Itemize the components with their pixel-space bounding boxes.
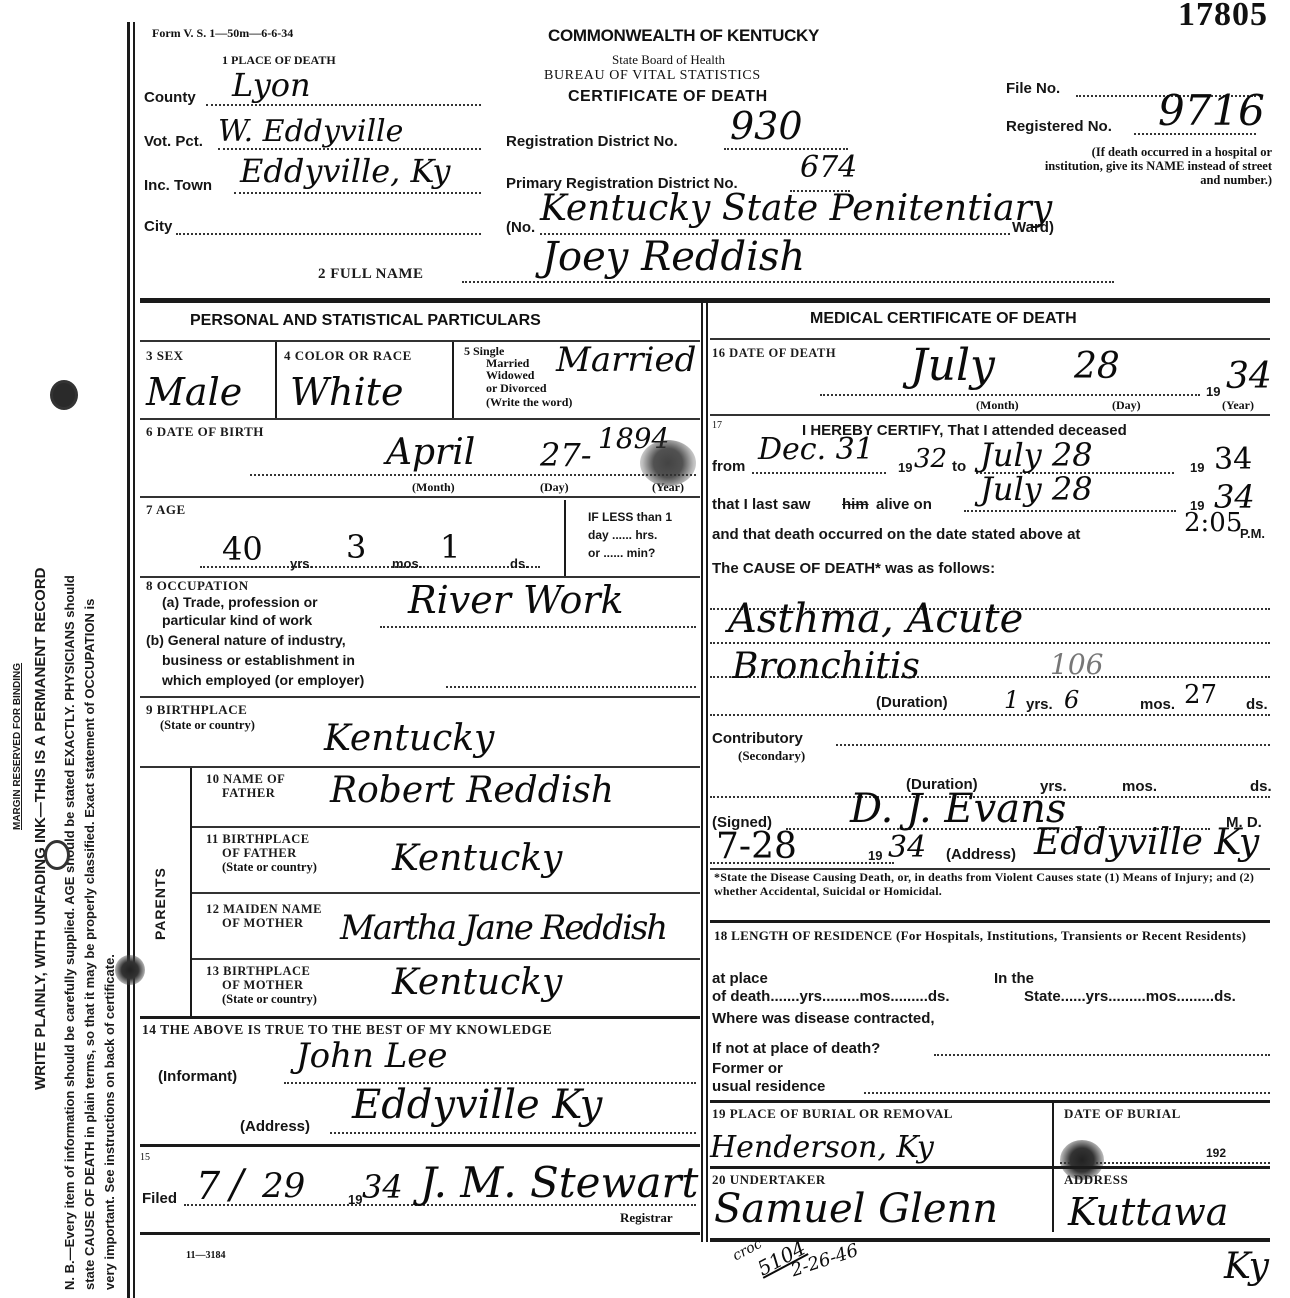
burial-date-label: DATE OF BURIAL	[1064, 1106, 1181, 1122]
mother-bp-bottom-rule	[140, 1016, 700, 1019]
institution-value[interactable]: Kentucky State Penitentiary	[540, 188, 1052, 229]
header-board: State Board of Health	[612, 52, 725, 68]
signed-year-prefix: 19	[868, 848, 882, 863]
race-value[interactable]: White	[290, 370, 403, 414]
of-death-label: of death.......yrs.........mos.........d…	[712, 988, 950, 1005]
father-bp-label-3: (State or country)	[222, 860, 317, 875]
duration2-months-unit: mos.	[1122, 778, 1157, 795]
alive-on-value[interactable]: July 28	[980, 470, 1093, 508]
stamp-number: 17805	[1178, 0, 1268, 34]
father-bp-value[interactable]: Kentucky	[392, 838, 562, 879]
birthplace-bottom-rule	[140, 766, 700, 768]
mother-label-2: OF MOTHER	[222, 916, 303, 931]
dod-month-caption: (Month)	[976, 398, 1019, 413]
file-no-label: File No.	[1006, 80, 1060, 97]
filed-year-prefix: 19	[348, 1192, 362, 1207]
reg-district-label: Registration District No.	[506, 133, 678, 150]
occurred-time[interactable]: 2:05	[1184, 508, 1242, 538]
contributory-line	[836, 744, 1270, 746]
residence-bottom-rule	[710, 1100, 1270, 1103]
cause-line1-value[interactable]: Asthma, Acute	[728, 596, 1023, 642]
age-months[interactable]: 3	[346, 528, 366, 566]
burial-place-value[interactable]: Henderson, Ky	[710, 1130, 934, 1165]
medical-section-title: MEDICAL CERTIFICATE OF DEATH	[810, 310, 1077, 328]
margin-reserved-note: MARGIN RESERVED FOR BINDING	[12, 663, 23, 830]
duration-label: (Duration)	[874, 694, 950, 711]
occupation-a-line	[380, 626, 696, 628]
residence-label: 18 LENGTH OF RESIDENCE (For Hospitals, I…	[714, 926, 1270, 946]
age-label: 7 AGE	[146, 502, 186, 518]
not-at-place-line	[934, 1054, 1270, 1056]
contracted-label: Where was disease contracted,	[712, 1010, 935, 1027]
to-label: to	[952, 458, 966, 475]
burial-date-year: 192	[1206, 1146, 1226, 1160]
father-label-2: FATHER	[222, 786, 275, 801]
parents-label: PARENTS	[152, 867, 168, 940]
father-bp-bottom-rule	[192, 892, 700, 894]
binding-hole-top	[50, 380, 78, 410]
registered-no-label: Registered No.	[1006, 118, 1112, 135]
to-year-prefix: 19	[1190, 460, 1204, 475]
age-years-unit: yrs.	[290, 556, 313, 571]
dob-line	[250, 474, 696, 476]
margin-note-line2: N. B.—Every item of information should b…	[62, 575, 77, 1290]
primary-reg-value[interactable]: 674	[800, 150, 857, 185]
reg-district-value[interactable]: 930	[730, 104, 803, 148]
age-days[interactable]: 1	[440, 528, 460, 566]
mother-bp-label-1: 13 BIRTHPLACE	[206, 964, 310, 979]
occupation-a-1: (a) Trade, profession or	[162, 594, 318, 610]
in-the-label: In the	[994, 970, 1034, 987]
dob-day[interactable]: 27-	[540, 436, 592, 474]
race-marital-divider	[452, 342, 454, 418]
alive-on-line	[964, 510, 1176, 512]
header-bureau: BUREAU OF VITAL STATISTICS	[544, 68, 761, 84]
father-value[interactable]: Robert Reddish	[330, 770, 614, 811]
institution-no-label: (No.	[506, 219, 535, 236]
margin-note-line1: WRITE PLAINLY, WITH UNFADING INK—THIS IS…	[32, 567, 49, 1090]
county-label: County	[144, 89, 196, 106]
race-label: 4 COLOR OR RACE	[284, 348, 412, 364]
mother-label-1: 12 MAIDEN NAME	[206, 902, 322, 917]
section-top-rule	[140, 298, 1270, 303]
age-months-unit: mos.	[392, 556, 422, 571]
cause-line-2	[710, 642, 1270, 644]
inc-town-value[interactable]: Eddyville, Ky	[240, 152, 450, 190]
institution-note: (If death occurred in a hospital or inst…	[1032, 145, 1272, 187]
margin-note-line4: very important. See instructions on back…	[102, 954, 117, 1290]
inc-town-label: Inc. Town	[144, 177, 212, 194]
margin-note-line3: state CAUSE OF DEATH in plain terms, so …	[82, 599, 97, 1290]
sex-race-divider	[275, 342, 277, 418]
contributory-label: Contributory	[712, 730, 803, 747]
marital-label-5: (Write the word)	[486, 395, 572, 410]
ward-label: Ward)	[1012, 219, 1054, 236]
father-bottom-rule	[192, 826, 700, 828]
last-saw-label: that I last saw	[712, 496, 810, 513]
header-commonwealth: COMMONWEALTH OF KENTUCKY	[548, 26, 819, 46]
occupation-b-2: business or establishment in	[162, 652, 355, 668]
county-line	[206, 104, 481, 106]
father-bp-label-1: 11 BIRTHPLACE	[206, 832, 310, 847]
from-year-prefix: 19	[898, 460, 912, 475]
dod-day[interactable]: 28	[1074, 346, 1120, 387]
filed-number: 15	[140, 1152, 150, 1163]
print-code: 11—3184	[186, 1250, 225, 1261]
cert-number: 17	[712, 420, 722, 431]
footnote: *State the Disease Causing Death, or, in…	[714, 870, 1274, 898]
father-label-1: 10 NAME OF	[206, 772, 285, 787]
if-less-2: day ...... hrs.	[588, 528, 657, 542]
informant-bottom-rule	[140, 1144, 700, 1147]
duration-months-unit: mos.	[1140, 696, 1175, 713]
to-value[interactable]: July 28	[980, 436, 1093, 474]
marital-value[interactable]: Married	[556, 340, 696, 380]
mother-bp-label-3: (State or country)	[222, 992, 317, 1007]
full-name-line	[462, 281, 1114, 283]
filed-month[interactable]: 7	[196, 1164, 220, 1208]
filed-slash: /	[230, 1162, 243, 1208]
state-residence-label: State......yrs.........mos.........ds.	[1024, 988, 1236, 1005]
address-line	[330, 1132, 696, 1134]
birthplace-sub: (State or country)	[160, 718, 255, 733]
filed-label: Filed	[142, 1190, 177, 1207]
dod-label: 16 DATE OF DEATH	[712, 346, 836, 361]
sex-label: 3 SEX	[146, 348, 184, 364]
registrar-signature[interactable]: J. M. Stewart	[420, 1158, 698, 1207]
duration-line	[710, 714, 1270, 716]
address-label: (Address)	[240, 1118, 310, 1135]
signed-address-label: (Address)	[946, 846, 1016, 863]
burial-place-label: 19 PLACE OF BURIAL OR REMOVAL	[712, 1106, 953, 1122]
if-less-1: IF LESS than 1	[588, 510, 672, 524]
dod-year-prefix: 19	[1206, 384, 1220, 399]
duration-days[interactable]: 27	[1184, 680, 1217, 710]
age-divider	[564, 500, 566, 576]
vot-pct-value[interactable]: W. Eddyville	[218, 114, 403, 149]
alive-on-label: alive on	[876, 496, 932, 513]
signed-address-value[interactable]: Eddyville Ky	[1034, 822, 1259, 863]
signed-date[interactable]: 7-28	[716, 826, 797, 867]
marital-bottom-rule	[140, 418, 700, 420]
county-value[interactable]: Lyon	[232, 66, 311, 104]
full-name-label: 2 FULL NAME	[318, 266, 424, 283]
vot-pct-label: Vot. Pct.	[144, 133, 203, 150]
if-less-3: or ...... min?	[588, 546, 655, 560]
marital-label-4: or Divorced	[486, 381, 547, 396]
cause-annotation: 106	[1050, 648, 1103, 681]
dod-line	[820, 394, 1200, 396]
informant-value[interactable]: John Lee	[296, 1036, 448, 1076]
signed-year[interactable]: 34	[888, 830, 926, 865]
age-days-unit: ds.	[510, 556, 529, 571]
city-line	[176, 233, 481, 235]
occupation-bottom-rule	[140, 696, 700, 698]
full-name-value[interactable]: Joey Reddish	[542, 234, 805, 280]
birthplace-value[interactable]: Kentucky	[324, 718, 494, 759]
occupation-label: 8 OCCUPATION	[146, 578, 249, 594]
city-label: City	[144, 218, 172, 235]
occupation-b-line	[446, 686, 696, 688]
usual-residence-line	[864, 1092, 1270, 1094]
personal-section-title: PERSONAL AND STATISTICAL PARTICULARS	[190, 312, 541, 330]
duration-days-unit: ds.	[1246, 696, 1268, 713]
center-divider-b	[706, 302, 708, 1242]
age-years[interactable]: 40	[222, 530, 263, 568]
sex-value[interactable]: Male	[146, 370, 242, 414]
center-divider-a	[701, 302, 703, 1242]
filed-bottom-rule	[140, 1232, 700, 1235]
mother-bottom-rule	[192, 958, 700, 960]
cause-line2-value[interactable]: Bronchitis	[732, 646, 920, 687]
from-line	[752, 472, 886, 474]
ink-smudge	[115, 955, 145, 985]
secondary-label: (Secondary)	[738, 748, 805, 764]
occurred-label: and that death occurred on the date stat…	[712, 526, 1080, 543]
dod-day-caption: (Day)	[1112, 398, 1141, 413]
from-label: from	[712, 458, 745, 475]
from-value[interactable]: Dec. 31	[758, 432, 874, 467]
filed-day[interactable]: 29	[262, 1166, 305, 1206]
dob-month[interactable]: April	[386, 432, 475, 473]
occupation-b-3: which employed (or employer)	[162, 672, 364, 688]
undertaker-address-label: ADDRESS	[1064, 1172, 1128, 1188]
usual-residence-label: usual residence	[712, 1078, 825, 1095]
dob-day-caption: (Day)	[540, 480, 569, 495]
burial-bottom-rule	[710, 1166, 1270, 1169]
inc-town-line	[234, 192, 481, 194]
left-border-outer	[127, 22, 130, 1298]
undertaker-address-state[interactable]: Ky	[1224, 1246, 1269, 1287]
from-year[interactable]: 32	[914, 444, 947, 474]
registered-no-value[interactable]: 9716	[1158, 86, 1265, 135]
occupation-a-2: particular kind of work	[162, 612, 312, 628]
occupation-value[interactable]: River Work	[408, 578, 624, 622]
dod-year[interactable]: 34	[1226, 356, 1272, 397]
cause-label: The CAUSE OF DEATH* was as follows:	[712, 560, 995, 577]
duration-years-unit: yrs.	[1026, 696, 1053, 713]
father-bp-label-2: OF FATHER	[222, 846, 297, 861]
address-value[interactable]: Eddyville Ky	[352, 1082, 602, 1128]
not-at-place-label: If not at place of death?	[712, 1040, 880, 1057]
mother-bp-value[interactable]: Kentucky	[392, 962, 562, 1003]
duration2-days-unit: ds.	[1250, 778, 1272, 795]
mother-bp-label-2: OF MOTHER	[222, 978, 303, 993]
filed-year[interactable]: 34	[362, 1168, 403, 1206]
undertaker-value[interactable]: Samuel Glenn	[714, 1186, 998, 1232]
birthplace-label: 9 BIRTHPLACE	[146, 702, 247, 718]
left-border-inner	[133, 22, 135, 1298]
footnote-bottom-rule	[710, 920, 1270, 923]
occurred-suffix: P.M.	[1240, 526, 1265, 541]
dob-month-caption: (Month)	[412, 480, 455, 495]
former-label: Former or	[712, 1060, 783, 1077]
dod-year-caption: (Year)	[1222, 398, 1254, 413]
mother-value[interactable]: Martha Jane Reddish	[340, 908, 666, 948]
at-place-label: at place	[712, 970, 768, 987]
duration-months[interactable]: 6	[1064, 686, 1079, 714]
informant-label: (Informant)	[158, 1068, 237, 1085]
dob-label: 6 DATE OF BIRTH	[146, 424, 264, 440]
dod-bottom-rule	[710, 414, 1270, 416]
duration-years[interactable]: 1	[1004, 686, 1019, 714]
dod-month[interactable]: July	[910, 340, 995, 391]
registrar-label: Registrar	[620, 1210, 673, 1226]
occupation-b-1: (b) General nature of industry,	[146, 632, 346, 648]
dob-bottom-rule	[140, 496, 700, 498]
to-year[interactable]: 34	[1214, 442, 1252, 477]
dob-year-smudge	[640, 440, 696, 486]
undertaker-address-value[interactable]: Kuttawa	[1068, 1190, 1228, 1234]
last-saw-pronoun[interactable]: him	[842, 496, 869, 513]
binding-hole-bottom	[44, 840, 70, 870]
form-id: Form V. S. 1—50m—6-6-34	[152, 26, 293, 41]
